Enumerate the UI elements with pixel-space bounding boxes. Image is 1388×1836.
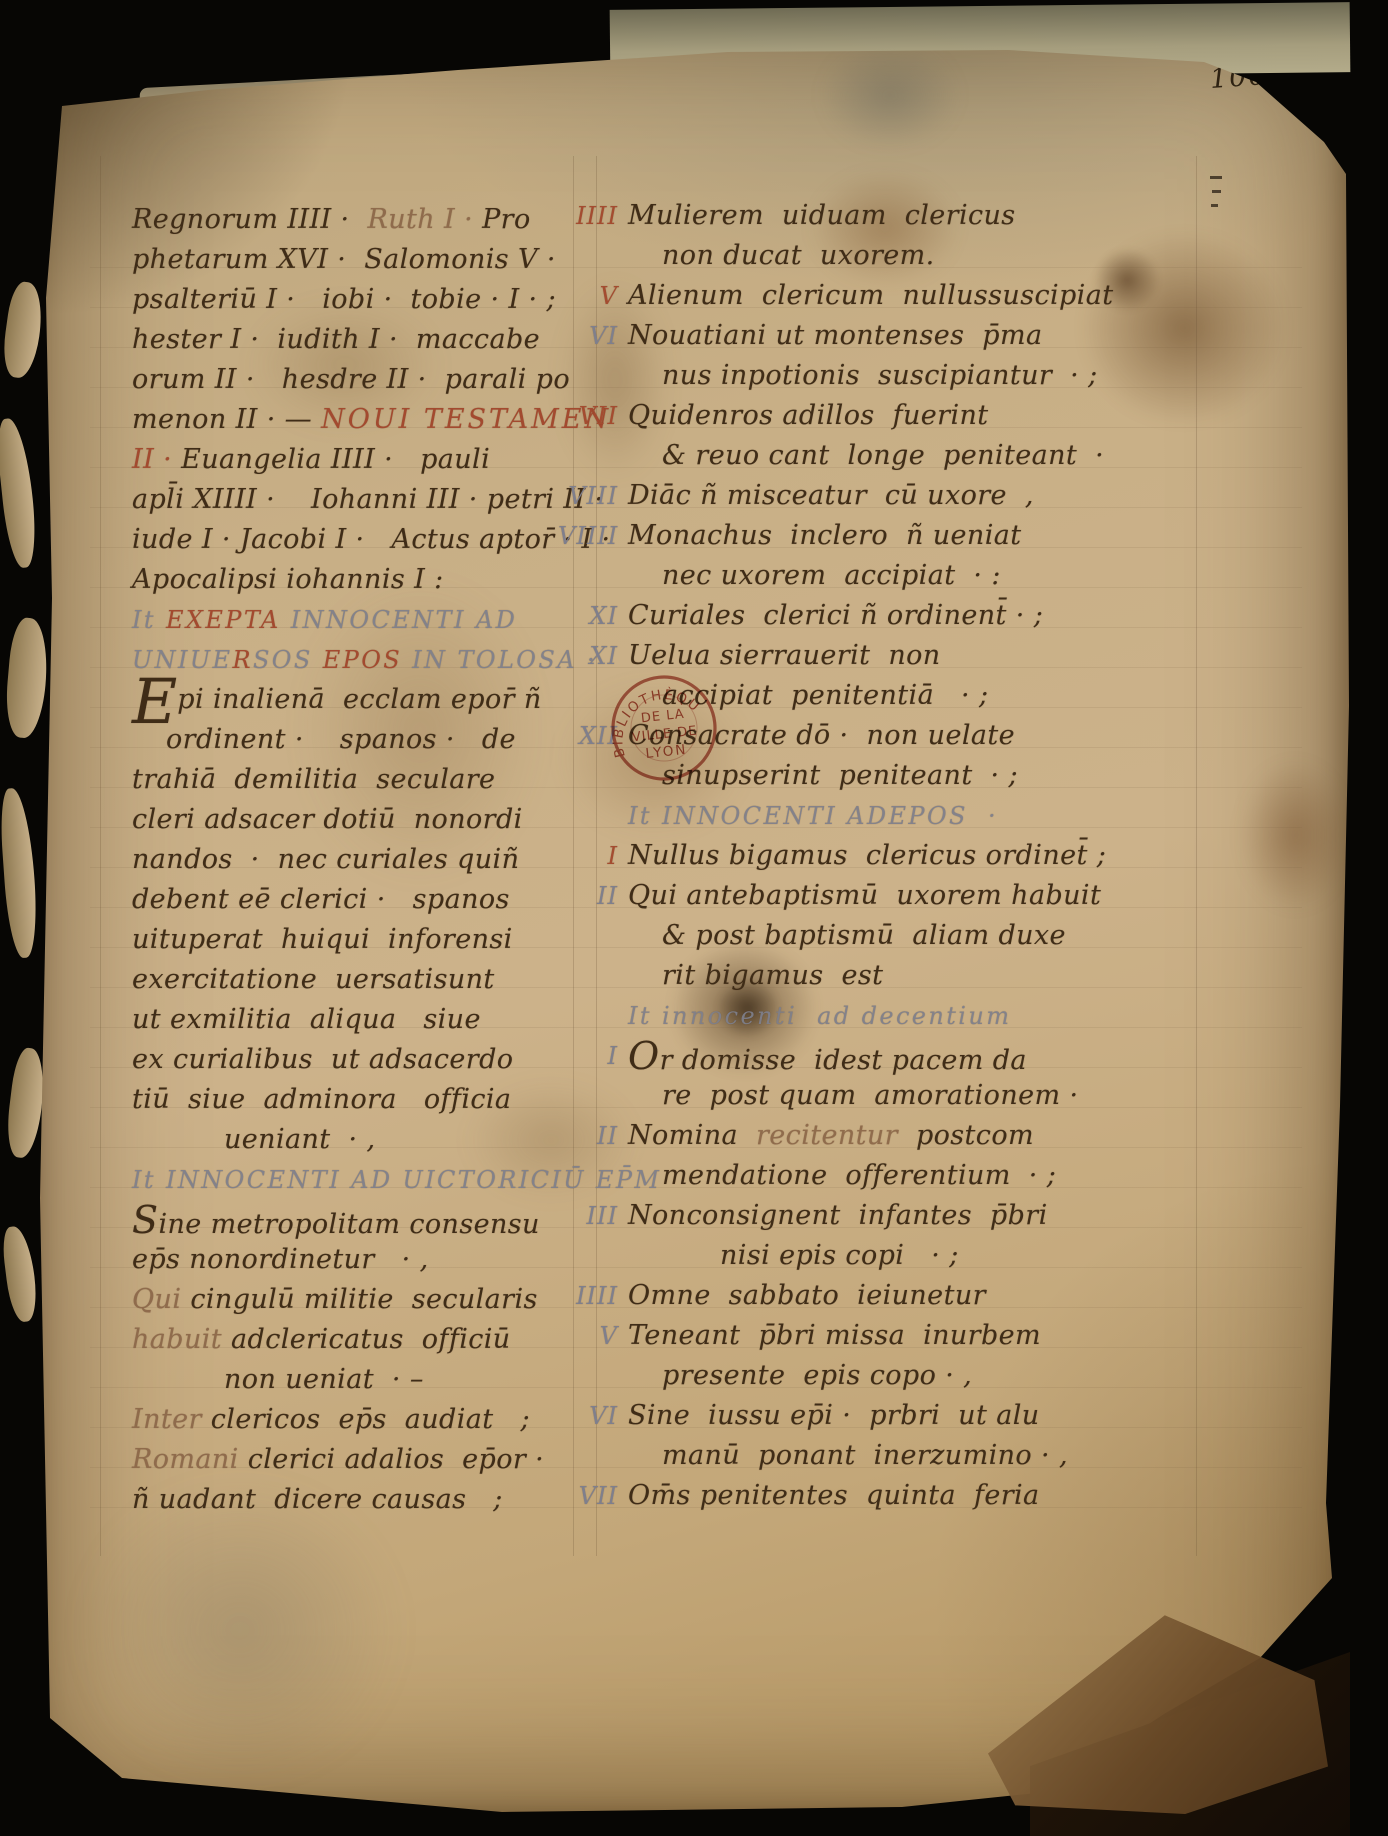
text-segment: debent eē clerici · spanos: [132, 884, 510, 915]
text-segment: ñ uadant dicere causas ;: [132, 1484, 503, 1515]
chapter-numeral: VIII: [558, 476, 618, 516]
chapter-numeral: IIII: [558, 196, 618, 236]
text-segment: tiū siue adminora officia: [132, 1084, 511, 1115]
text-segment: & reuo cant longe peniteant ·: [662, 440, 1104, 471]
manuscript-line: IIQui antebaptismū uxorem habuit: [628, 876, 1238, 916]
text-segment: INNOCENTI AD UICTORICIŪ EP̄M: [166, 1166, 661, 1194]
text-segment: phetarum XVI · Salomonis V ·: [132, 244, 556, 275]
text-segment: habuit: [132, 1324, 231, 1355]
manuscript-line: IINomina recitentur postcom: [628, 1116, 1238, 1156]
chapter-numeral: IIII: [558, 1276, 618, 1316]
text-segment: menon II · —: [132, 404, 321, 435]
text-segment: non ducat uxorem.: [662, 240, 935, 271]
manuscript-line: ep̄s nonordinetur · ,: [132, 1240, 582, 1280]
text-segment: Ruth I ·: [368, 204, 483, 235]
text-segment: ueniant · ,: [224, 1124, 375, 1155]
manuscript-line: Inter clericos ep̄s audiat ;: [132, 1400, 582, 1440]
chapter-numeral: I: [558, 1036, 618, 1076]
manuscript-line: VIIOm̄s penitentes quinta feria: [628, 1476, 1238, 1516]
text-segment: INNOCENTI ADEPOS ·: [662, 802, 998, 830]
text-segment: Alienum clericum nullussuscipiat: [628, 280, 1113, 311]
text-segment: Romani: [132, 1444, 248, 1475]
margin-rule: [100, 156, 101, 1556]
text-segment: Monachus inclero ñ ueniat: [628, 520, 1022, 551]
manuscript-line: uituperat huiqui inforensi: [132, 920, 582, 960]
manuscript-line: Romani clerici adalios ep̄or ·: [132, 1440, 582, 1480]
text-segment: clerici adalios ep̄or ·: [248, 1444, 544, 1475]
binding-sliver: [0, 280, 47, 380]
manuscript-line: ex curialibus ut adsacerdo: [132, 1040, 582, 1080]
text-segment: cleri adsacer dotiū nonordi: [132, 804, 523, 835]
binding-sliver: [0, 1225, 39, 1324]
manuscript-line: mendatione offerentium · ;: [628, 1156, 1238, 1196]
text-segment: EXEPTA: [166, 606, 291, 634]
manuscript-line: IIIIMulierem uiduam clericus: [628, 196, 1238, 236]
text-segment: It: [628, 802, 662, 830]
manuscript-line: accipiat penitentiā · ;: [628, 676, 1238, 716]
right-text-column: IIIIMulierem uiduam clericusnon ducat ux…: [628, 196, 1238, 1516]
chapter-numeral: II: [558, 876, 618, 916]
manuscript-line: & post baptismū aliam duxe: [628, 916, 1238, 956]
manuscript-line: II · Euangelia IIII · pauli: [132, 440, 582, 480]
manuscript-line: VIIIDiāc ñ misceatur cū uxore ,: [628, 476, 1238, 516]
text-segment: mendatione offerentium · ;: [662, 1160, 1056, 1191]
text-segment: Euangelia IIII · pauli: [181, 444, 490, 475]
stain: [820, 40, 960, 150]
stain: [1240, 760, 1350, 910]
left-text-column: Regnorum IIII · Ruth I · Prophetarum XVI…: [132, 200, 582, 1520]
manuscript-line: XICuriales clerici ñ ordinent̄ · ;: [628, 596, 1238, 636]
binding-sliver: [0, 417, 40, 569]
binding-sliver: [0, 787, 40, 959]
text-segment: nus inpotionis suscipiantur · ;: [662, 360, 1098, 391]
rubric-heading-line: It innocenti ad decentium: [628, 996, 1238, 1036]
manuscript-line: IIINonconsignent infantes p̄bri: [628, 1196, 1238, 1236]
text-segment: O: [628, 1034, 660, 1078]
text-segment: INNOCENTI AD: [291, 606, 518, 634]
text-segment: adclericatus officiū: [231, 1324, 511, 1355]
manuscript-line: non ueniat · –: [132, 1360, 582, 1400]
text-segment: It: [132, 1166, 166, 1194]
chapter-numeral: VIIII: [558, 516, 618, 556]
text-segment: exercitatione uersatisunt: [132, 964, 495, 995]
text-segment: re post quam amorationem ·: [662, 1080, 1078, 1111]
text-segment: innocenti ad decentium: [662, 1002, 1011, 1030]
manuscript-line: nec uxorem accipiat · :: [628, 556, 1238, 596]
text-segment: ordinent · spanos · de: [166, 724, 516, 755]
text-segment: Uelua sierrauerit non: [628, 640, 941, 671]
manuscript-line: cleri adsacer dotiū nonordi: [132, 800, 582, 840]
manuscript-line: IIIIOmne sabbato ieiunetur: [628, 1276, 1238, 1316]
text-segment: Apocalipsi iohannis I :: [132, 564, 444, 595]
manuscript-line: nandos · nec curiales quiñ: [132, 840, 582, 880]
manuscript-line: non ducat uxorem.: [628, 236, 1238, 276]
chapter-numeral: VII: [558, 1476, 618, 1516]
text-segment: manū ponant inerzumino · ,: [662, 1440, 1068, 1471]
text-segment: Qui antebaptismū uxorem habuit: [628, 880, 1101, 911]
text-segment: nisi epis copi · ;: [720, 1240, 959, 1271]
chapter-numeral: I: [558, 836, 618, 876]
text-segment: uituperat huiqui inforensi: [132, 924, 513, 955]
text-segment: ine metropolitam consensu: [158, 1209, 539, 1240]
manuscript-line: habuit adclericatus officiū: [132, 1320, 582, 1360]
manuscript-line: IOr domisse idest pacem da: [628, 1036, 1238, 1076]
chapter-numeral: V: [558, 276, 618, 316]
text-segment: hester I · iudith I · maccabe: [132, 324, 540, 355]
stain: [80, 1480, 400, 1780]
chapter-numeral: III: [558, 1196, 618, 1236]
manuscript-line: debent eē clerici · spanos: [132, 880, 582, 920]
manuscript-line: Regnorum IIII · Ruth I · Pro: [132, 200, 582, 240]
text-segment: clericos ep̄s audiat ;: [211, 1404, 530, 1435]
text-segment: & post baptismū aliam duxe: [662, 920, 1066, 951]
chapter-numeral: V: [558, 1316, 618, 1356]
text-segment: II ·: [132, 444, 181, 475]
text-segment: Nouatiani ut montenses p̄ma: [628, 320, 1042, 351]
text-segment: Teneant p̄bri missa inurbem: [628, 1320, 1041, 1351]
text-segment: rit bigamus est: [662, 960, 883, 991]
rubric-heading-line: UNIUERSOS EPOS IN TOLOSA ·: [132, 640, 582, 680]
manuscript-line: orum II · hesdre II · parali po: [132, 360, 582, 400]
manuscript-line: exercitatione uersatisunt: [132, 960, 582, 1000]
chapter-numeral: VI: [558, 1396, 618, 1436]
text-segment: postcom: [898, 1120, 1034, 1151]
text-segment: Sine iussu ep̄i · prbri ut alu: [628, 1400, 1040, 1431]
rubric-heading-line: It INNOCENTI ADEPOS ·: [628, 796, 1238, 836]
manuscript-line: menon II · — NOUI TESTAMEN: [132, 400, 582, 440]
chapter-numeral: II: [558, 1116, 618, 1156]
stamp-line-1: DE LA: [640, 707, 685, 726]
text-segment: Qui: [132, 1284, 190, 1315]
manuscript-line: & reuo cant longe peniteant ·: [628, 436, 1238, 476]
text-segment: Curiales clerici ñ ordinent̄ · ;: [628, 600, 1043, 631]
text-segment: EPOS: [323, 646, 412, 674]
manuscript-line: psalteriū I · iobi · tobie · I · ;: [132, 280, 582, 320]
text-segment: recitentur: [756, 1120, 898, 1151]
manuscript-line: VIIIIMonachus inclero ñ ueniat: [628, 516, 1238, 556]
chapter-numeral: VII: [558, 396, 618, 436]
text-segment: ep̄s nonordinetur · ,: [132, 1244, 429, 1275]
text-segment: cingulū militie secularis: [190, 1284, 537, 1315]
manuscript-line: nisi epis copi · ;: [628, 1236, 1238, 1276]
manuscript-line: ñ uadant dicere causas ;: [132, 1480, 582, 1520]
manuscript-line: VINouatiani ut montenses p̄ma: [628, 316, 1238, 356]
rubric-heading-line: It INNOCENTI AD UICTORICIŪ EP̄M: [132, 1160, 582, 1200]
text-segment: ex curialibus ut adsacerdo: [132, 1044, 513, 1075]
manuscript-line: phetarum XVI · Salomonis V ·: [132, 240, 582, 280]
chapter-numeral: XI: [558, 596, 618, 636]
text-segment: SOS: [253, 646, 323, 674]
manuscript-line: ordinent · spanos · de: [132, 720, 582, 760]
text-segment: Mulierem uiduam clericus: [628, 200, 1016, 231]
text-segment: It: [628, 1002, 662, 1030]
text-segment: Omne sabbato ieiunetur: [628, 1280, 986, 1311]
manuscript-line: Apocalipsi iohannis I :: [132, 560, 582, 600]
text-segment: Pro: [482, 204, 531, 235]
text-segment: Regnorum IIII ·: [132, 204, 368, 235]
manuscript-line: VAlienum clericum nullussuscipiat: [628, 276, 1238, 316]
manuscript-line: iude I · Jacobi I · Actus aptor̄ · I ·: [132, 520, 582, 560]
manuscript-line: Sine metropolitam consensu: [132, 1200, 582, 1240]
manuscript-line: Epi inalienā ecclam epor̄ ñ: [132, 680, 582, 720]
manuscript-line: nus inpotionis suscipiantur · ;: [628, 356, 1238, 396]
text-segment: psalteriū I · iobi · tobie · I · ;: [132, 284, 556, 315]
text-segment: non ueniat · –: [224, 1364, 424, 1395]
text-segment: r domisse idest pacem da: [660, 1045, 1027, 1076]
manuscript-line: VISine iussu ep̄i · prbri ut alu: [628, 1396, 1238, 1436]
text-segment: Nonconsignent infantes p̄bri: [628, 1200, 1048, 1231]
manuscript-line: manū ponant inerzumino · ,: [628, 1436, 1238, 1476]
manuscript-line: tiū siue adminora officia: [132, 1080, 582, 1120]
text-segment: Nullus bigamus clericus ordinet̄ ;: [628, 840, 1106, 871]
manuscript-line: ueniant · ,: [132, 1120, 582, 1160]
manuscript-line: Qui cingulū militie secularis: [132, 1280, 582, 1320]
manuscript-line: VIIQuidenros adillos fuerint: [628, 396, 1238, 436]
text-segment: apl̄i XIIII · Iohanni III · petri II ·: [132, 484, 604, 515]
text-segment: trahiā demilitia seculare: [132, 764, 495, 795]
manuscript-line: hester I · iudith I · maccabe: [132, 320, 582, 360]
manuscript-line: rit bigamus est: [628, 956, 1238, 996]
text-segment: R: [232, 646, 252, 674]
text-segment: ut exmilitia aliqua siue: [132, 1004, 481, 1035]
text-segment: Quidenros adillos fuerint: [628, 400, 989, 431]
binding-sliver: [3, 617, 51, 740]
library-stamp: BIBLIOTHÈQU DE LA VILLE DE LYON: [602, 664, 726, 791]
manuscript-line: XIUelua sierrauerit non: [628, 636, 1238, 676]
text-segment: presente epis copo · ,: [662, 1360, 972, 1391]
manuscript-line: INullus bigamus clericus ordinet̄ ;: [628, 836, 1238, 876]
text-segment: orum II · hesdre II · parali po: [132, 364, 570, 395]
manuscript-line: presente epis copo · ,: [628, 1356, 1238, 1396]
text-segment: It: [132, 606, 166, 634]
text-segment: iude I · Jacobi I · Actus aptor̄ · I ·: [132, 524, 611, 555]
text-segment: nandos · nec curiales quiñ: [132, 844, 519, 875]
manuscript-line: apl̄i XIIII · Iohanni III · petri II ·: [132, 480, 582, 520]
text-segment: S: [132, 1198, 158, 1242]
text-segment: Inter: [132, 1404, 211, 1435]
stamp-line-3: LYON: [645, 742, 688, 762]
chapter-numeral: XI: [558, 636, 618, 676]
text-segment: Nomina: [628, 1120, 756, 1151]
text-segment: pi inalienā ecclam epor̄ ñ: [177, 684, 541, 715]
manuscript-line: re post quam amorationem ·: [628, 1076, 1238, 1116]
rubric-heading-line: It EXEPTA INNOCENTI AD: [132, 600, 582, 640]
manuscript-line: trahiā demilitia seculare: [132, 760, 582, 800]
text-segment: Diāc ñ misceatur cū uxore ,: [628, 480, 1034, 511]
text-segment: nec uxorem accipiat · :: [662, 560, 1001, 591]
stamp-line-2: VILLE DE: [631, 724, 698, 746]
manuscript-page: 100 Regnorum IIII · Ruth I · Prophetarum…: [28, 6, 1350, 1821]
text-segment: Om̄s penitentes quinta feria: [628, 1480, 1040, 1511]
manuscript-line: VTeneant p̄bri missa inurbem: [628, 1316, 1238, 1356]
chapter-numeral: VI: [558, 316, 618, 356]
manuscript-line: ut exmilitia aliqua siue: [132, 1000, 582, 1040]
